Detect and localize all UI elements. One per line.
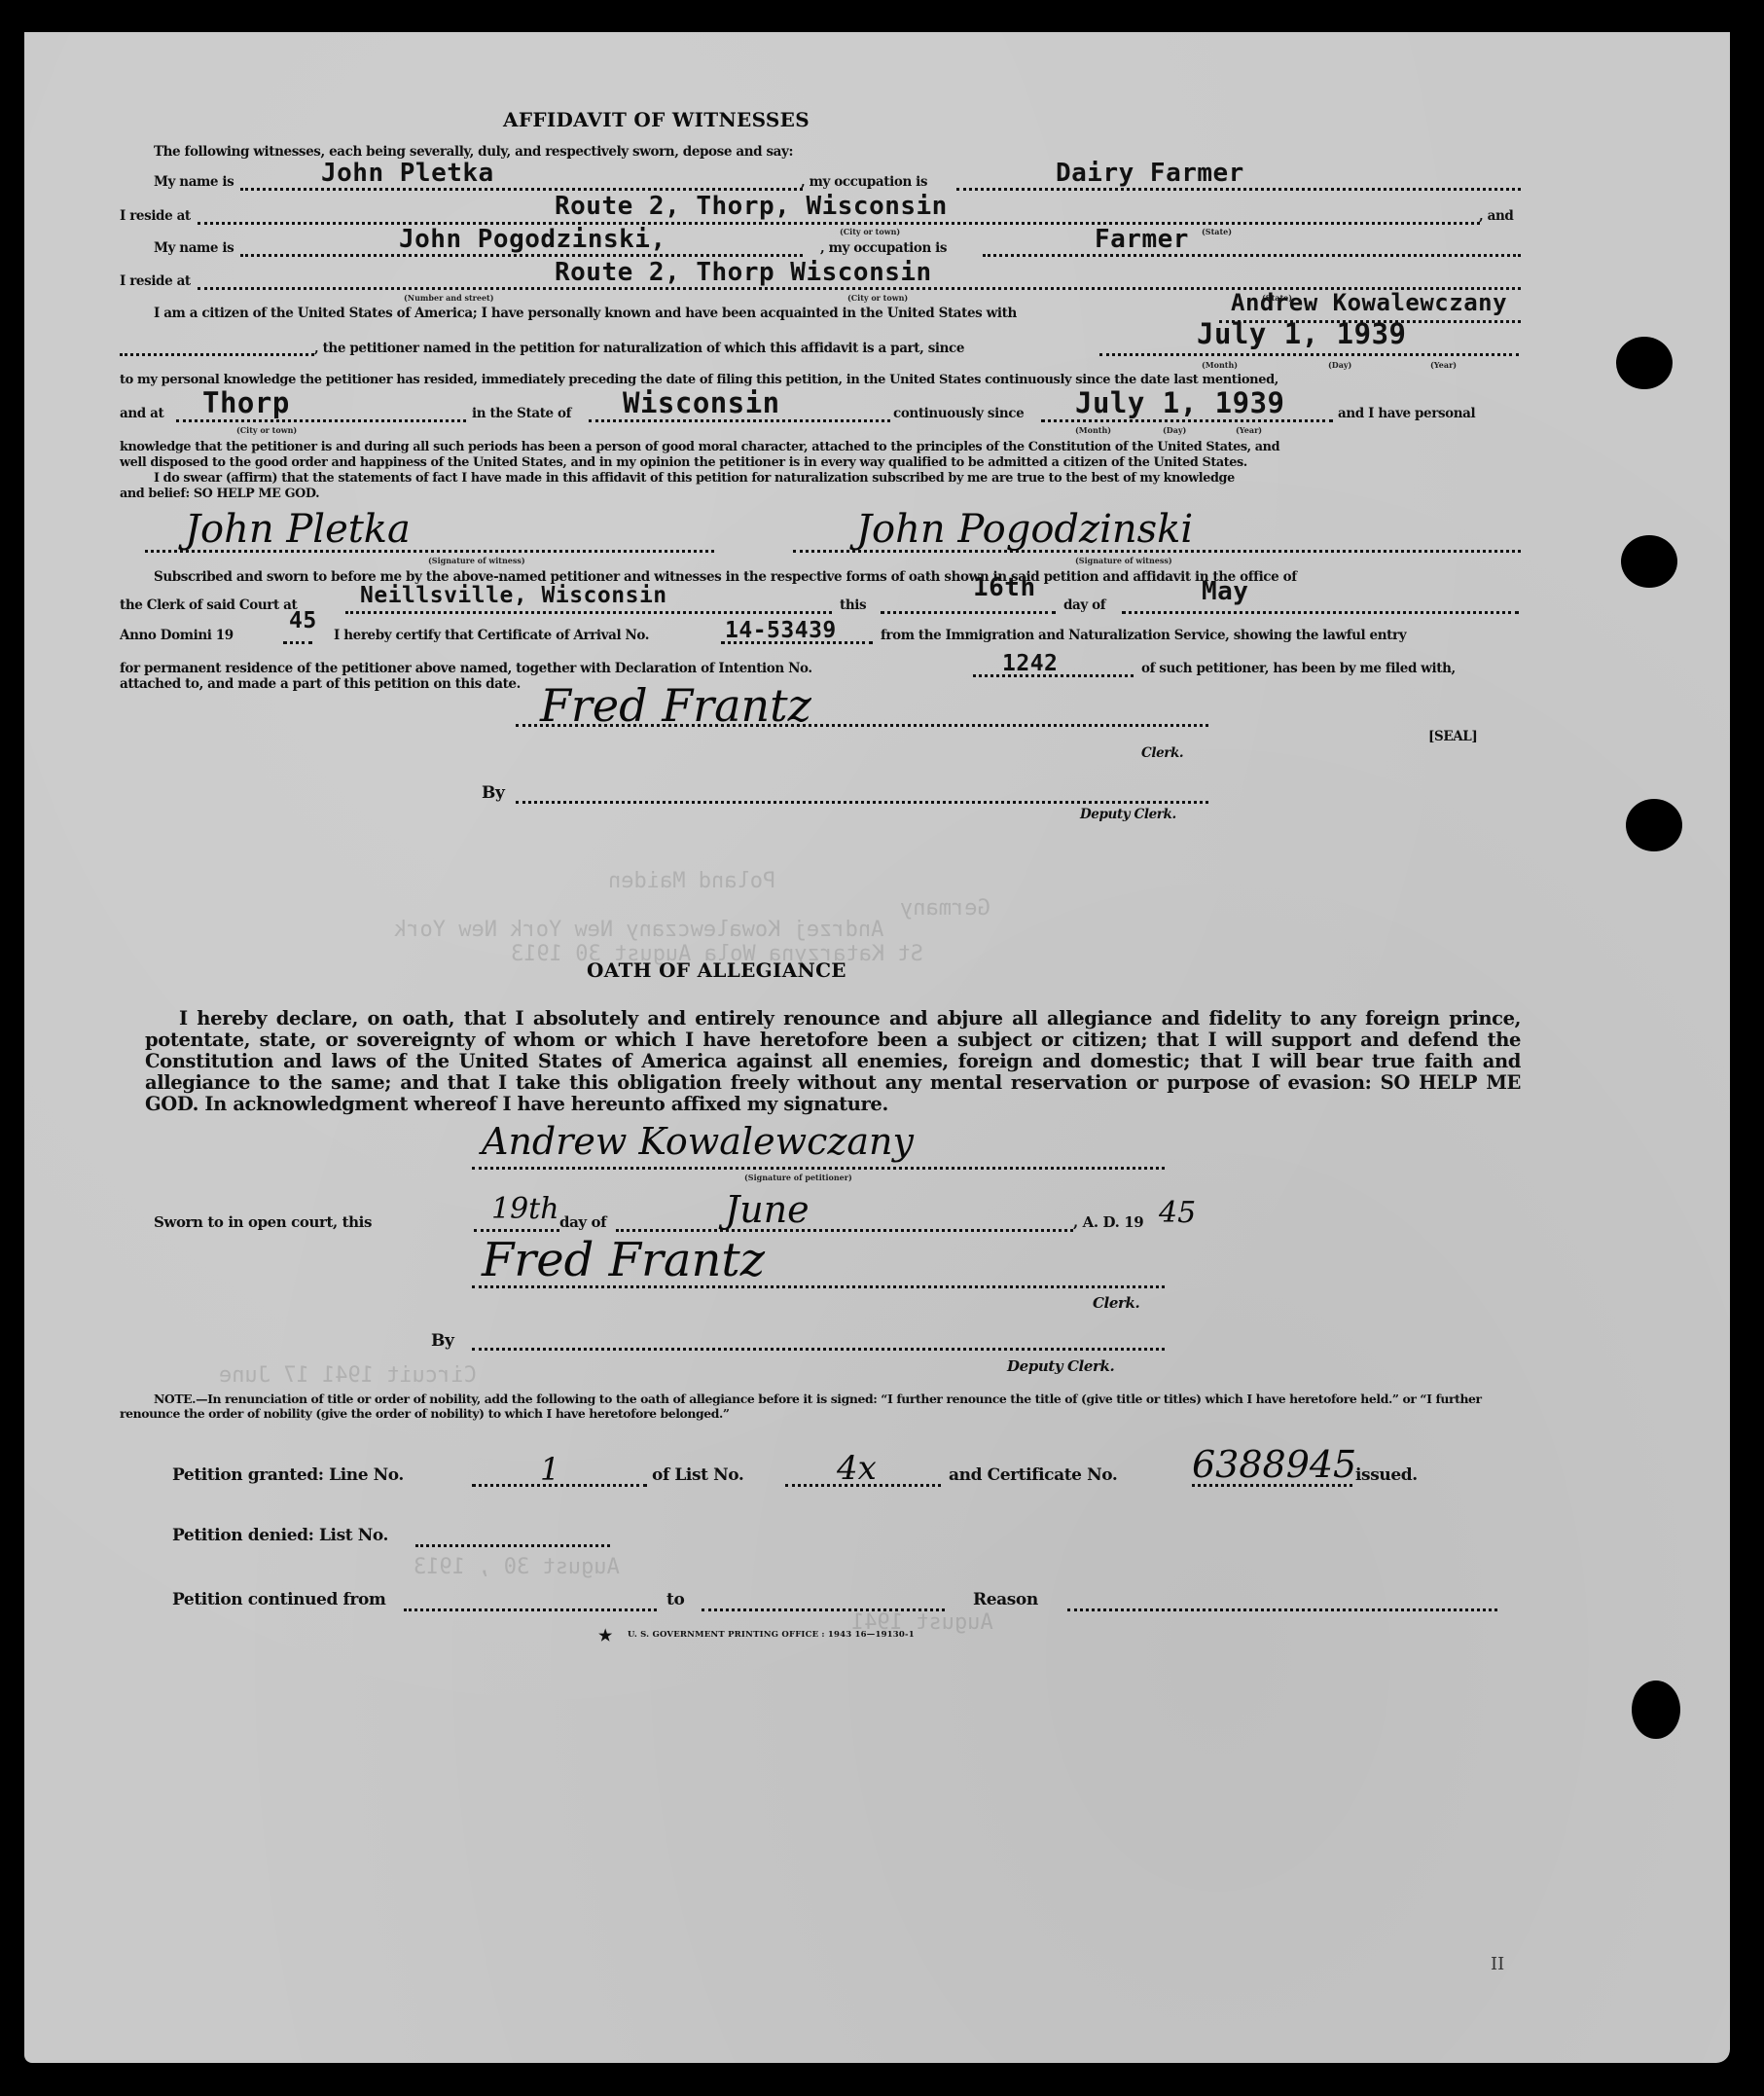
swear-statement-1: I do swear (affirm) that the statements …	[154, 471, 1235, 486]
punch-hole-3	[1626, 799, 1682, 851]
clerk-signature: Fred Frantz	[540, 679, 811, 732]
this-label: this	[840, 597, 866, 613]
deputy-clerk-label: Deputy Clerk.	[1080, 807, 1176, 822]
witness1-residence[interactable]: Route 2, Thorp, Wisconsin	[555, 192, 948, 221]
caption-day-2: (Day)	[1163, 425, 1186, 435]
subscribed-month[interactable]: May	[1202, 577, 1248, 606]
continuously-label: continuously since	[893, 406, 1024, 421]
caption-number-street: (Number and street)	[404, 293, 494, 303]
gpo-imprint: U. S. GOVERNMENT PRINTING OFFICE : 1943 …	[628, 1630, 915, 1640]
subscribed-statement: Subscribed and sworn to before me by the…	[154, 569, 1297, 585]
petitioner-statement: , the petitioner named in the petition f…	[314, 341, 964, 356]
witness2-occupation-label: , my occupation is	[820, 240, 947, 256]
caption-state: (State)	[1202, 227, 1232, 236]
caption-city-town-3: (City or town)	[236, 425, 297, 435]
caption-month-2: (Month)	[1075, 425, 1111, 435]
witness2-name-label: My name is	[154, 240, 234, 256]
caption-month: (Month)	[1202, 360, 1238, 370]
oath-clerk-label: Clerk.	[1093, 1294, 1139, 1312]
immigration-statement: from the Immigration and Naturalization …	[881, 628, 1406, 643]
caption-year: (Year)	[1430, 360, 1457, 370]
oath-clerk-signature: Fred Frantz	[482, 1233, 765, 1287]
caption-city-town-2: (City or town)	[847, 293, 908, 303]
list-label: of List No.	[652, 1465, 743, 1485]
oath-title: OATH OF ALLEGIANCE	[587, 958, 846, 982]
petition-granted-label: Petition granted: Line No.	[172, 1465, 404, 1485]
punch-hole-1	[1616, 337, 1673, 389]
swear-statement-2: and belief: SO HELP ME GOD.	[120, 487, 319, 501]
document-page: Poland Maiden Germany Andrzej Kowalewcza…	[24, 32, 1730, 2063]
filed-statement: of such petitioner, has been by me filed…	[1141, 661, 1456, 676]
witness1-occupation-label: , my occupation is	[801, 174, 927, 190]
petition-denied-label: Petition denied: List No.	[172, 1526, 388, 1545]
witness2-residence[interactable]: Route 2, Thorp Wisconsin	[555, 258, 932, 287]
petitioner-name[interactable]: Andrew Kowalewczany	[1231, 289, 1507, 316]
continued-to-label: to	[666, 1590, 684, 1609]
witness2-signature: John Pogodzinski	[856, 507, 1193, 552]
sworn-label: Sworn to in open court, this	[154, 1213, 372, 1231]
known-since-date[interactable]: July 1, 1939	[1197, 317, 1407, 350]
star-icon: ★	[598, 1626, 612, 1644]
by-label: By	[482, 783, 504, 803]
subscribed-year[interactable]: 45	[289, 608, 317, 633]
permanent-statement: for permanent residence of the petitione…	[120, 661, 812, 676]
and-at-label: and at	[120, 406, 163, 421]
petitioner-signature: Andrew Kowalewczany	[482, 1120, 914, 1163]
witness2-reside-label: I reside at	[120, 273, 191, 289]
sworn-ad-label: , A. D. 19	[1073, 1213, 1143, 1231]
punch-hole-2	[1621, 535, 1677, 588]
petition-continued-label: Petition continued from	[172, 1590, 385, 1609]
residence-statement: to my personal knowledge the petitioner …	[120, 373, 1278, 387]
caption-day: (Day)	[1328, 360, 1351, 370]
caption-signature-witness-2: (Signature of witness)	[1075, 556, 1172, 565]
issued-label: issued.	[1355, 1465, 1418, 1485]
witness1-occupation[interactable]: Dairy Farmer	[1056, 159, 1244, 188]
court-location[interactable]: Neillsville, Wisconsin	[360, 583, 667, 608]
continuous-since-date[interactable]: July 1, 1939	[1075, 386, 1285, 419]
punch-hole-4	[1632, 1680, 1680, 1739]
reason-label: Reason	[973, 1590, 1038, 1609]
oath-deputy-clerk-label: Deputy Clerk.	[1007, 1357, 1114, 1375]
witness2-name[interactable]: John Pogodzinski,	[399, 225, 666, 254]
residence-city[interactable]: Thorp	[202, 386, 290, 419]
caption-signature-witness-1: (Signature of witness)	[428, 556, 525, 565]
certificate-label: and Certificate No.	[949, 1465, 1117, 1485]
subscribed-day[interactable]: 16th	[973, 573, 1036, 602]
character-statement-1: knowledge that the petitioner is and dur…	[120, 440, 1279, 454]
sworn-day-of-label: day of	[559, 1213, 606, 1231]
sworn-year[interactable]: 45	[1159, 1196, 1196, 1230]
clerk-court-label: the Clerk of said Court at	[120, 597, 297, 613]
arrival-number[interactable]: 14-53439	[725, 618, 837, 643]
list-number[interactable]: 4x	[837, 1449, 877, 1488]
in-state-label: in the State of	[472, 406, 571, 421]
certificate-number[interactable]: 6388945	[1192, 1443, 1356, 1486]
caption-year-2: (Year)	[1236, 425, 1262, 435]
anno-domini-label: Anno Domini 19	[120, 628, 234, 643]
attached-statement: attached to, and made a part of this pet…	[120, 676, 521, 692]
witness1-reside-label: I reside at	[120, 208, 191, 224]
seal-label: [SEAL]	[1428, 729, 1477, 744]
witness1-signature: John Pletka	[185, 507, 411, 552]
citizen-statement: I am a citizen of the United States of A…	[154, 306, 1017, 321]
day-of-label: day of	[1063, 597, 1105, 613]
affidavit-intro: The following witnesses, each being seve…	[154, 144, 793, 160]
sworn-month[interactable]: June	[725, 1188, 810, 1231]
sworn-day[interactable]: 19th	[491, 1192, 559, 1226]
witness2-occupation[interactable]: Farmer	[1095, 225, 1189, 254]
witness1-name-label: My name is	[154, 174, 234, 190]
margin-mark: II	[1491, 1954, 1504, 1974]
oath-text: I hereby declare, on oath, that I absolu…	[145, 1008, 1521, 1115]
witness1-name[interactable]: John Pletka	[321, 159, 494, 188]
declaration-number[interactable]: 1242	[1002, 651, 1058, 676]
clerk-label: Clerk.	[1141, 745, 1183, 761]
affidavit-title: AFFIDAVIT OF WITNESSES	[503, 108, 810, 131]
witness1-and-label: , and	[1479, 208, 1513, 224]
caption-signature-petitioner: (Signature of petitioner)	[744, 1173, 852, 1182]
oath-by-label: By	[431, 1331, 453, 1351]
line-number[interactable]: 1	[540, 1451, 559, 1488]
residence-state[interactable]: Wisconsin	[623, 386, 780, 419]
certify-statement: I hereby certify that Certificate of Arr…	[334, 628, 649, 643]
personal-label: and I have personal	[1338, 406, 1475, 421]
nobility-note: NOTE.—In renunciation of title or order …	[120, 1391, 1521, 1421]
caption-city-town: (City or town)	[840, 227, 900, 236]
character-statement-2: well disposed to the good order and happ…	[120, 455, 1247, 470]
